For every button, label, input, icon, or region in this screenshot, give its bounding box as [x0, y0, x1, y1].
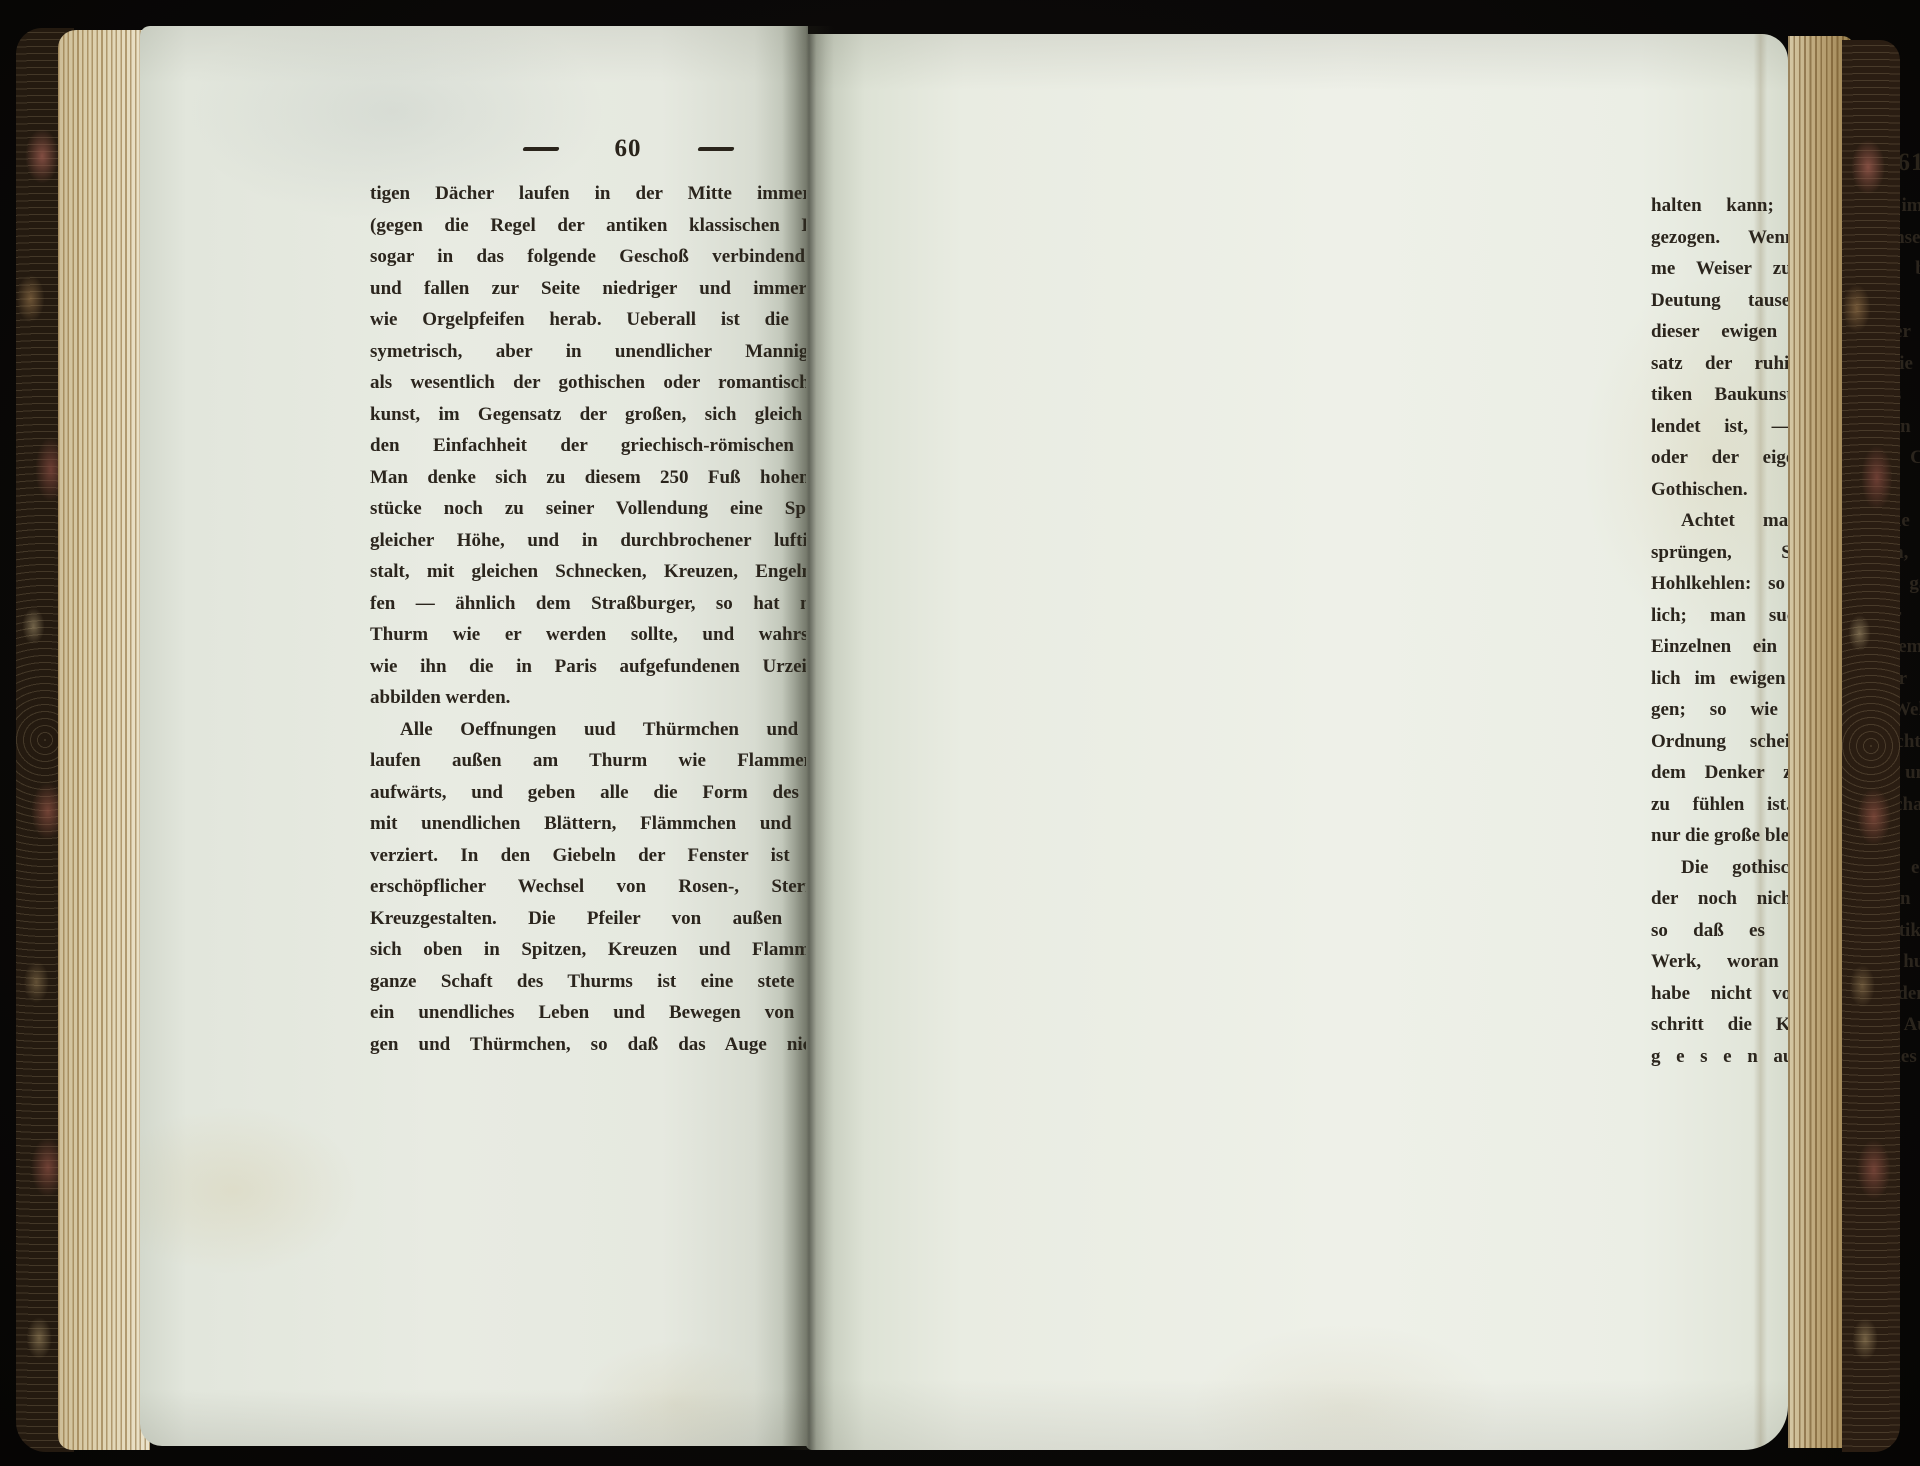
- book-photo: 60 tigen Dächer laufen in der Mitte imme…: [0, 0, 1920, 1466]
- right-page: 61 halten kann; es wird immer aufwärts z…: [806, 34, 1788, 1450]
- left-page: 60 tigen Dächer laufen in der Mitte imme…: [140, 26, 808, 1446]
- right-page-number: 61: [1898, 149, 1920, 177]
- header-dash-icon: [697, 147, 734, 151]
- left-page-number: 60: [615, 135, 642, 163]
- header-dash-icon: [522, 147, 559, 151]
- left-page-edges: [58, 30, 150, 1450]
- right-cover-marble: [1842, 40, 1900, 1452]
